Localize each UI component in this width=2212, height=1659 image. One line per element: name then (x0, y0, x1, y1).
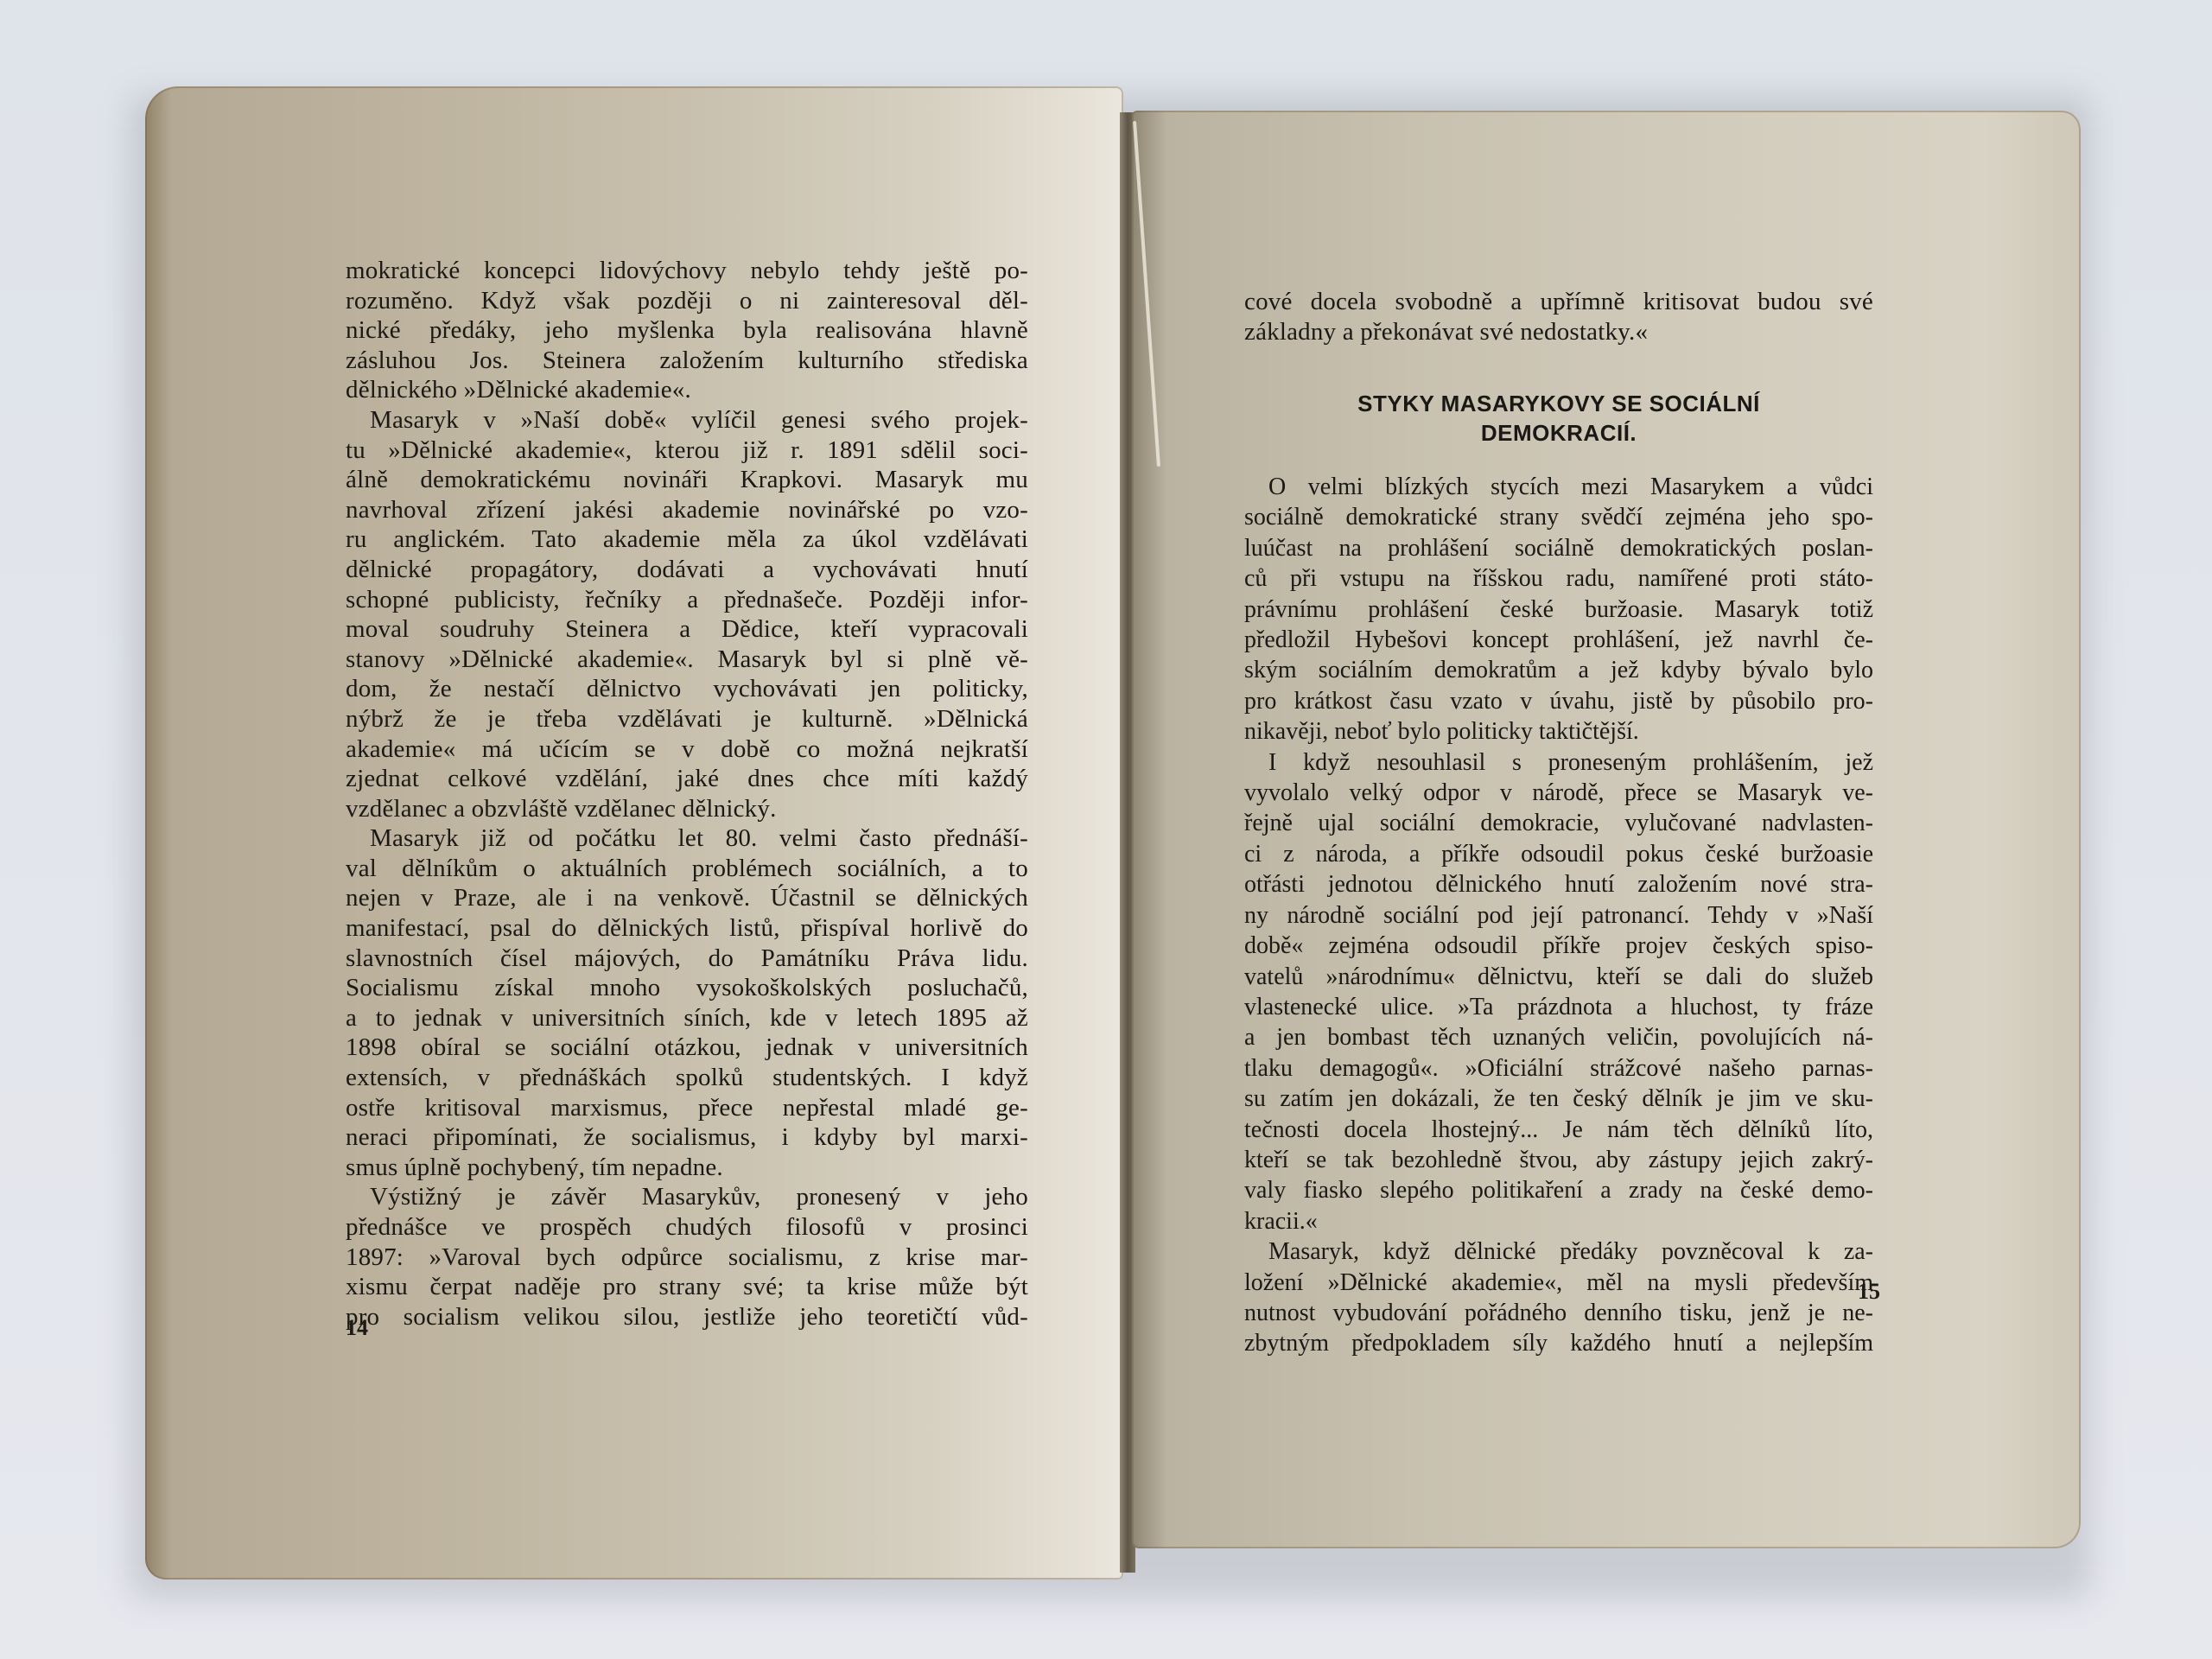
text-line: I když nesouhlasil s proneseným prohláše… (1244, 747, 1873, 778)
text-line: sociálně demokratické strany svědčí zejm… (1244, 502, 1873, 532)
text-line: Socialismu získal mnoho vysokoškolských … (346, 973, 1028, 1003)
text-line: tečnosti docela lhostejný... Je nám těch… (1244, 1115, 1873, 1145)
text-line: a to jednak v universitních síních, kde … (346, 1003, 1028, 1033)
text-line: kracii.« (1244, 1206, 1873, 1236)
text-line: předložil Hybešovi koncept prohlášení, j… (1244, 625, 1873, 655)
text-line: pro socialism velikou silou, jestliže je… (346, 1302, 1028, 1332)
text-line: O velmi blízkých stycích mezi Masarykem … (1244, 472, 1873, 502)
text-line: extensích, v přednáškách spolků students… (346, 1063, 1028, 1093)
text-line: právnímu prohlášení české buržoasie. Mas… (1244, 594, 1873, 625)
chapter-heading: STYKY MASARYKOVY SE SOCIÁLNÍ DEMOKRACIÍ. (1244, 389, 1873, 448)
left-page-text: mokratické koncepci lidovýchovy nebylo t… (346, 256, 1028, 1332)
text-line: vatelů »národnímu« dělnictvu, kteří se d… (1244, 962, 1873, 992)
text-line: nické předáky, jeho myšlenka byla realis… (346, 315, 1028, 346)
text-line: vyvolalo velký odpor v národě, přece se … (1244, 778, 1873, 808)
page-number-left: 14 (346, 1315, 368, 1341)
text-line: su zatím jen dokázali, že ten český děln… (1244, 1084, 1873, 1114)
text-line: nutnost vybudování pořádného denního tis… (1244, 1298, 1873, 1328)
text-line: nýbrž že je třeba vzdělávati je kulturně… (346, 704, 1028, 734)
text-line: xismu čerpat naděje pro strany své; ta k… (346, 1272, 1028, 1302)
text-line: schopné publicisty, řečníky a přednašeče… (346, 585, 1028, 615)
text-line: ru anglickém. Tato akademie měla za úkol… (346, 524, 1028, 555)
text-line: stanovy »Dělnické akademie«. Masaryk byl… (346, 645, 1028, 675)
text-line: smus úplně pochybený, tím nepadne. (346, 1153, 1028, 1183)
text-line: akademie« má učícím se v době co možná n… (346, 734, 1028, 765)
text-line: tu »Dělnické akademie«, kterou již r. 18… (346, 435, 1028, 466)
text-line: tlaku demagogů«. »Oficiální strážcové na… (1244, 1053, 1873, 1084)
text-line: zjednat celkové vzdělání, jaké dnes chce… (346, 764, 1028, 794)
text-line: ci z národa, a příkře odsoudil pokus čes… (1244, 839, 1873, 869)
text-line: přednášce ve prospěch chudých filosofů v… (346, 1212, 1028, 1243)
text-line: základny a překonávat své nedostatky.« (1244, 317, 1873, 347)
right-page-intro-text: cové docela svobodně a upřímně kritisova… (1244, 287, 1873, 346)
text-line: neraci připomínati, že socialismus, i kd… (346, 1122, 1028, 1153)
text-line: val dělníkům o aktuálních problémech soc… (346, 854, 1028, 884)
text-line: rozuměno. Když však později o ni zainter… (346, 286, 1028, 316)
text-line: navrhoval zřízení jakési akademie noviná… (346, 495, 1028, 525)
text-line: dom, že nestačí dělnictvo vychovávati je… (346, 674, 1028, 704)
text-line: nejen v Praze, ale i na venkově. Účastni… (346, 883, 1028, 913)
text-line: cové docela svobodně a upřímně kritisova… (1244, 287, 1873, 317)
text-line: pro krátkost času vzato v úvahu, jistě b… (1244, 686, 1873, 716)
text-line: manifestací, psal do dělnických listů, p… (346, 913, 1028, 944)
text-line: kteří se tak bezohledně štvou, aby zástu… (1244, 1145, 1873, 1175)
text-line: ostře kritisoval marxismus, přece nepřes… (346, 1093, 1028, 1123)
text-line: Výstižný je závěr Masarykův, pronesený v… (346, 1182, 1028, 1212)
text-line: dělnické propagátory, dodávati a vychová… (346, 555, 1028, 585)
text-line: valy fiasko slepého politikaření a zrady… (1244, 1175, 1873, 1205)
text-line: vlastenecké ulice. »Ta prázdnota a hluch… (1244, 992, 1873, 1022)
text-line: 1897: »Varoval bych odpůrce socialismu, … (346, 1243, 1028, 1273)
text-line: moval soudruhy Steinera a Dědice, kteří … (346, 614, 1028, 645)
text-line: vzdělanec a obzvláště vzdělanec dělnický… (346, 794, 1028, 824)
text-line: álně demokratickému novináři Krapkovi. M… (346, 465, 1028, 495)
text-line: a jen bombast těch uznaných veličin, pov… (1244, 1022, 1873, 1052)
chapter-heading-line1: STYKY MASARYKOVY SE SOCIÁLNÍ (1244, 389, 1873, 418)
text-line: Masaryk již od počátku let 80. velmi čas… (346, 823, 1028, 854)
text-line: ny národně sociální pod její patronancí.… (1244, 900, 1873, 931)
text-line: luúčast na prohlášení sociálně demokrati… (1244, 533, 1873, 563)
text-line: ců při vstupu na říšskou radu, namířené … (1244, 563, 1873, 594)
text-line: 1898 obíral se sociální otázkou, jednak … (346, 1033, 1028, 1063)
right-page-body-text: O velmi blízkých stycích mezi Masarykem … (1244, 472, 1873, 1359)
text-line: mokratické koncepci lidovýchovy nebylo t… (346, 256, 1028, 286)
text-line: řejně ujal sociální demokracie, vylučova… (1244, 808, 1873, 838)
text-line: Masaryk v »Naší době« vylíčil genesi své… (346, 405, 1028, 435)
text-line: nikavěji, neboť bylo politicky taktičtěj… (1244, 716, 1873, 747)
text-line: zbytným předpokladem síly každého hnutí … (1244, 1328, 1873, 1358)
text-line: dělnického »Dělnické akademie«. (346, 375, 1028, 405)
text-line: slavnostních čísel májových, do Památník… (346, 944, 1028, 974)
text-line: době« zejména odsoudil příkře projev čes… (1244, 931, 1873, 961)
text-line: Masaryk, když dělnické předáky povzněcov… (1244, 1236, 1873, 1267)
chapter-heading-line2: DEMOKRACIÍ. (1244, 418, 1873, 448)
text-line: otřásti jednotou dělnického hnutí založe… (1244, 869, 1873, 899)
text-line: ložení »Dělnické akademie«, měl na mysli… (1244, 1268, 1873, 1298)
page-number-right: 15 (1858, 1279, 1880, 1305)
text-line: ským sociálním demokratům a jež kdyby bý… (1244, 655, 1873, 685)
text-line: zásluhou Jos. Steinera založením kulturn… (346, 346, 1028, 376)
